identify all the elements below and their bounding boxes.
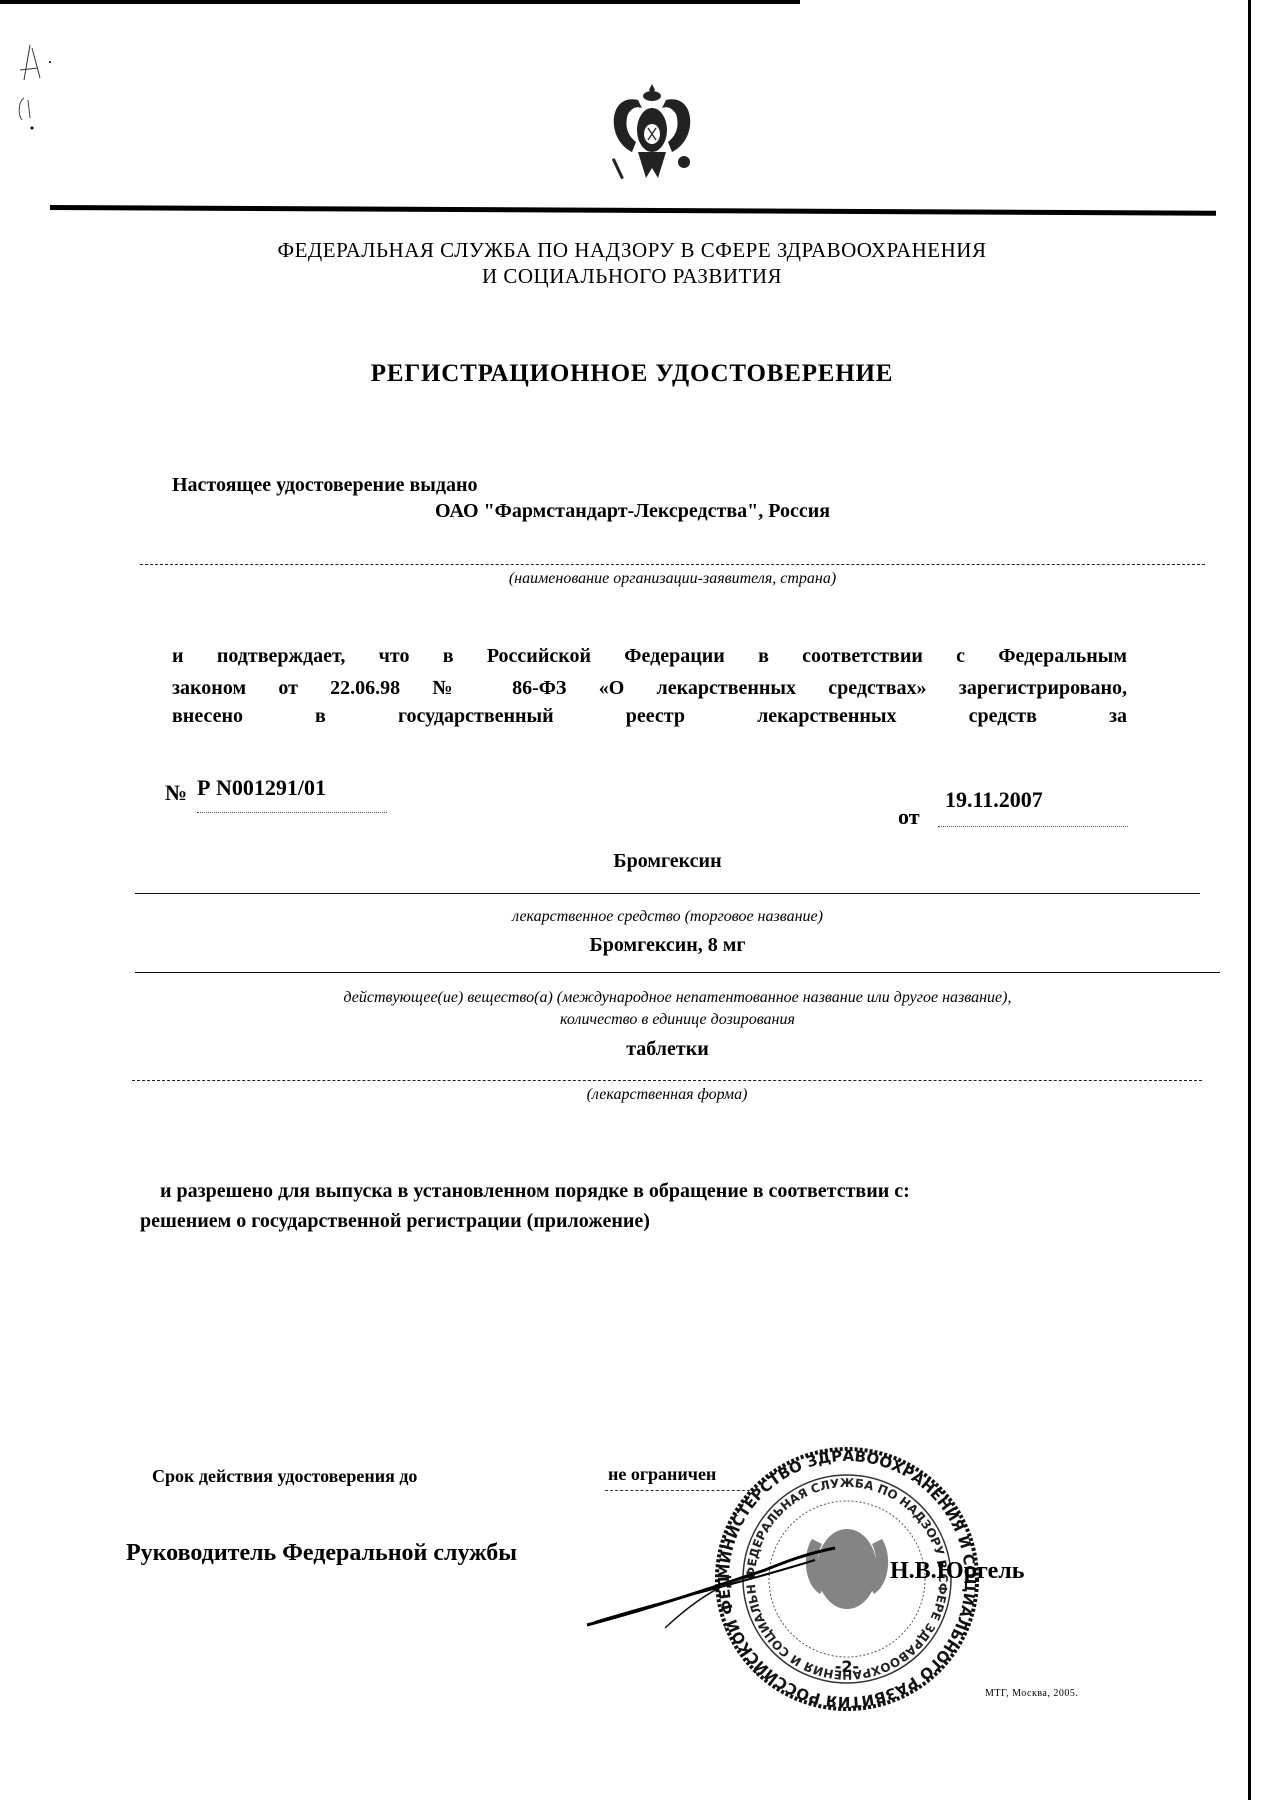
confirmation-line-1: и подтверждает, что в Российской Федерац… (172, 640, 1127, 672)
confirmation-line-3: внесено в государственный реестр лекарст… (172, 700, 1127, 732)
validity-value: не ограничен (608, 1464, 716, 1485)
registration-number-underline (197, 812, 387, 813)
handwritten-signature-icon (585, 1530, 845, 1630)
validity-label: Срок действия удостоверения до (152, 1466, 417, 1487)
dosage-form: таблетки (0, 1038, 1264, 1061)
registration-number: Р N001291/01 (197, 775, 326, 801)
number-sign: № (165, 780, 187, 806)
applicant-organization: ОАО "Фармстандарт-Лексредства", Россия (435, 500, 830, 523)
registration-date: 19.11.2007 (945, 787, 1043, 813)
issued-to-label: Настоящее удостоверение выдано (172, 474, 478, 497)
active-substance-caption-2: количество в единице дозирования (135, 1011, 1220, 1029)
trade-name-underline (135, 893, 1200, 894)
agency-name-line-2: И СОЦИАЛЬНОГО РАЗВИТИЯ (0, 264, 1264, 289)
trade-name-caption: лекарственное средство (торговое названи… (135, 908, 1200, 926)
agency-name-line-1: ФЕДЕРАЛЬНАЯ СЛУЖБА ПО НАДЗОРУ В СФЕРЕ ЗД… (0, 238, 1264, 263)
active-substance-underline (135, 972, 1220, 973)
registration-date-underline (938, 826, 1128, 827)
permission-line-1: и разрешено для выпуска в установленном … (160, 1180, 910, 1203)
trade-name: Бромгексин (0, 850, 1264, 873)
printer-mark: МТГ, Москва, 2005. (985, 1688, 1078, 1699)
dosage-form-caption: (лекарственная форма) (132, 1086, 1202, 1104)
organization-caption: (наименование организации-заявителя, стр… (140, 570, 1205, 588)
dosage-form-underline (132, 1080, 1202, 1081)
header-rule (50, 205, 1216, 216)
russian-coat-of-arms-icon (608, 82, 696, 186)
permission-line-2: решением о государственной регистрации (… (140, 1210, 650, 1233)
signer-name: Н.В.Юргель (890, 1558, 1024, 1585)
margin-handwriting-icon (10, 40, 70, 140)
date-prefix: от (898, 804, 920, 830)
seal-number: -2- (835, 1657, 859, 1676)
active-substance-caption-1: действующее(ие) вещество(а) (международн… (135, 989, 1220, 1007)
active-substance: Бромгексин, 8 мг (0, 934, 1264, 957)
head-of-service-label: Руководитель Федеральной службы (126, 1540, 517, 1567)
scan-top-edge (0, 0, 800, 4)
organization-underline (140, 564, 1205, 565)
document-title: РЕГИСТРАЦИОННОЕ УДОСТОВЕРЕНИЕ (0, 360, 1264, 388)
